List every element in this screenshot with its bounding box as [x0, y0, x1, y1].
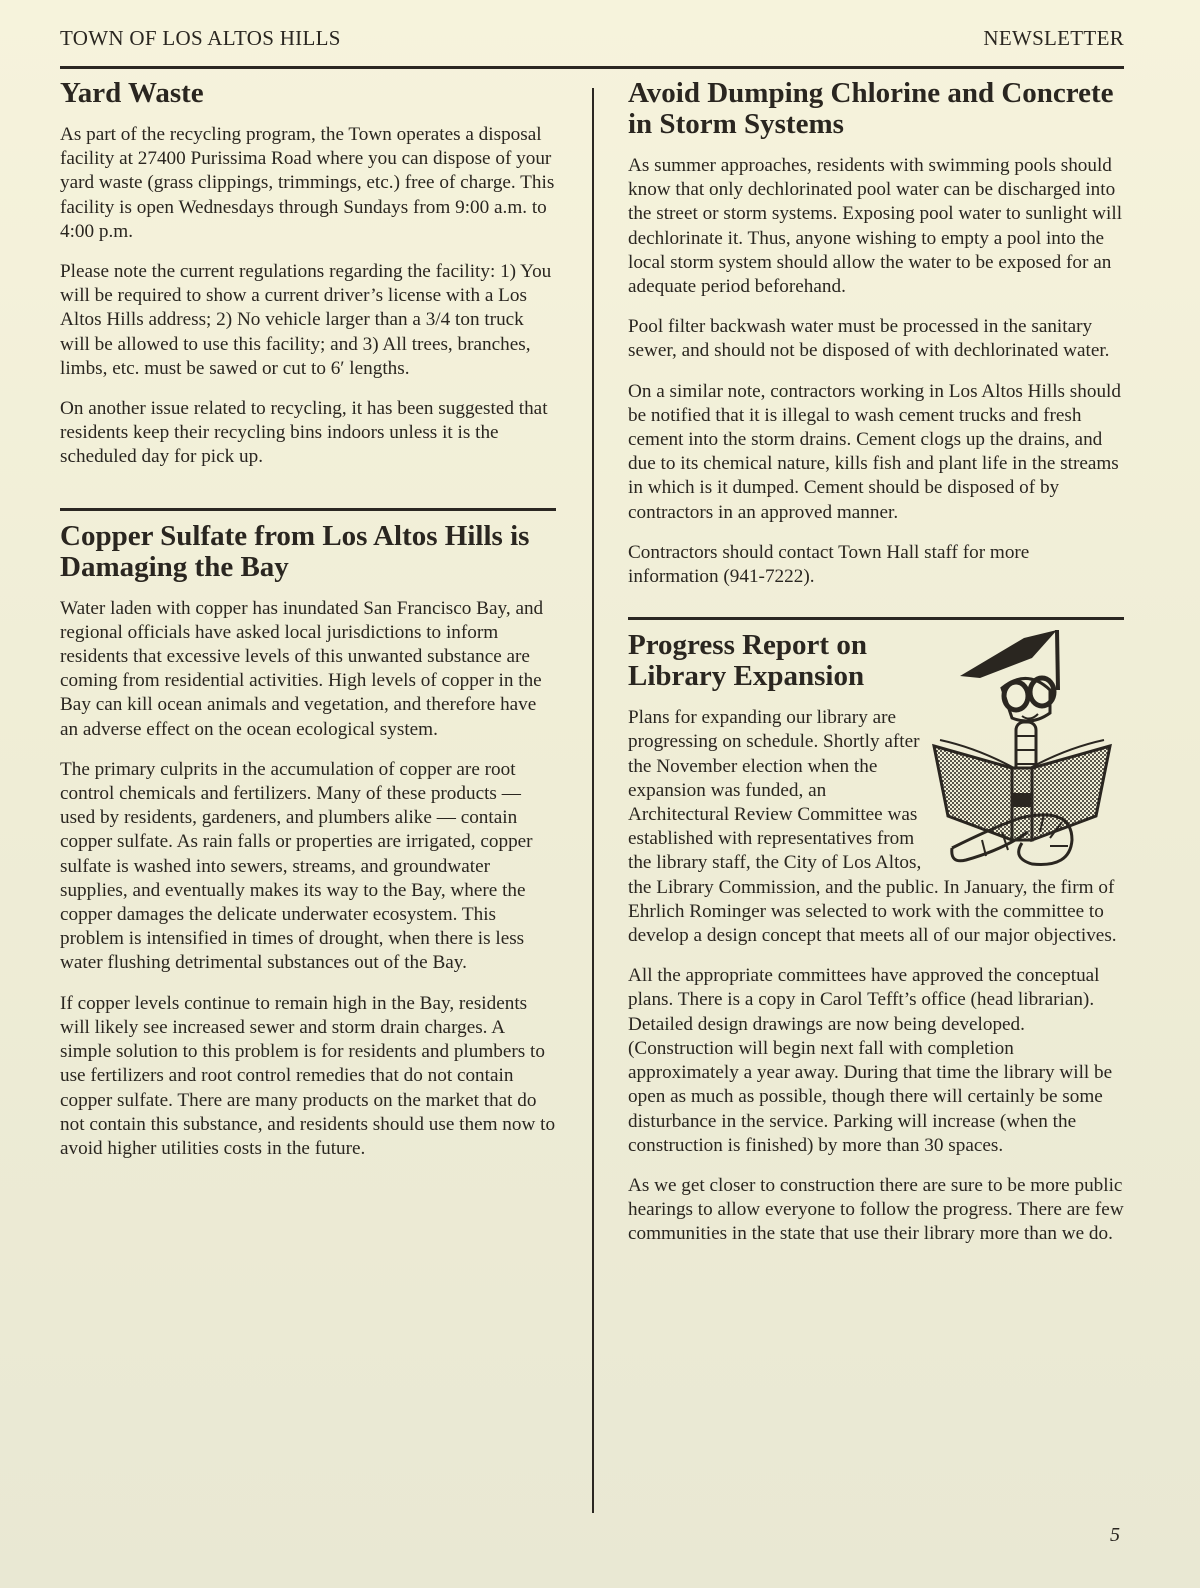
article-paragraph: Please note the current regulations rega…	[60, 260, 556, 381]
article-paragraph: On a similar note, contractors working i…	[628, 380, 1124, 525]
article-title: Yard Waste	[60, 78, 556, 109]
article-chlorine-concrete: Avoid Dumping Chlorine and Concrete in S…	[628, 78, 1124, 589]
section-rule	[60, 508, 556, 511]
article-copper-sulfate: Copper Sulfate from Los Altos Hills is D…	[60, 521, 556, 1161]
article-paragraph: Contractors should contact Town Hall sta…	[628, 541, 1124, 589]
article-paragraph: The primary culprits in the accumulation…	[60, 758, 556, 976]
article-paragraph: All the appropriate committees have appr…	[628, 964, 1124, 1158]
article-paragraph: On another issue related to recycling, i…	[60, 397, 556, 470]
column-divider	[592, 88, 594, 1513]
page-number: 5	[1110, 1524, 1120, 1547]
header-rule	[60, 66, 1124, 69]
article-paragraph: Water laden with copper has inundated Sa…	[60, 597, 556, 742]
article-title: Avoid Dumping Chlorine and Concrete in S…	[628, 78, 1124, 140]
article-paragraph: As part of the recycling program, the To…	[60, 123, 556, 244]
newsletter-label: NEWSLETTER	[983, 26, 1124, 51]
bookworm-illustration-icon	[932, 618, 1122, 868]
article-title: Copper Sulfate from Los Altos Hills is D…	[60, 521, 556, 583]
right-column: Avoid Dumping Chlorine and Concrete in S…	[628, 78, 1124, 1263]
article-paragraph: Pool filter backwash water must be proce…	[628, 315, 1124, 363]
article-paragraph: As summer approaches, residents with swi…	[628, 154, 1124, 299]
left-column: Yard Waste As part of the recycling prog…	[60, 78, 556, 1177]
newsletter-town-name: TOWN OF LOS ALTOS HILLS	[60, 26, 341, 51]
article-title: Progress Report on Library Expansion	[628, 630, 928, 692]
article-library-expansion: Progress Report on Library Expansion Pla…	[628, 630, 1124, 1246]
article-paragraph: As we get closer to construction there a…	[628, 1174, 1124, 1247]
article-paragraph: If copper levels continue to remain high…	[60, 992, 556, 1161]
article-yard-waste: Yard Waste As part of the recycling prog…	[60, 78, 556, 470]
